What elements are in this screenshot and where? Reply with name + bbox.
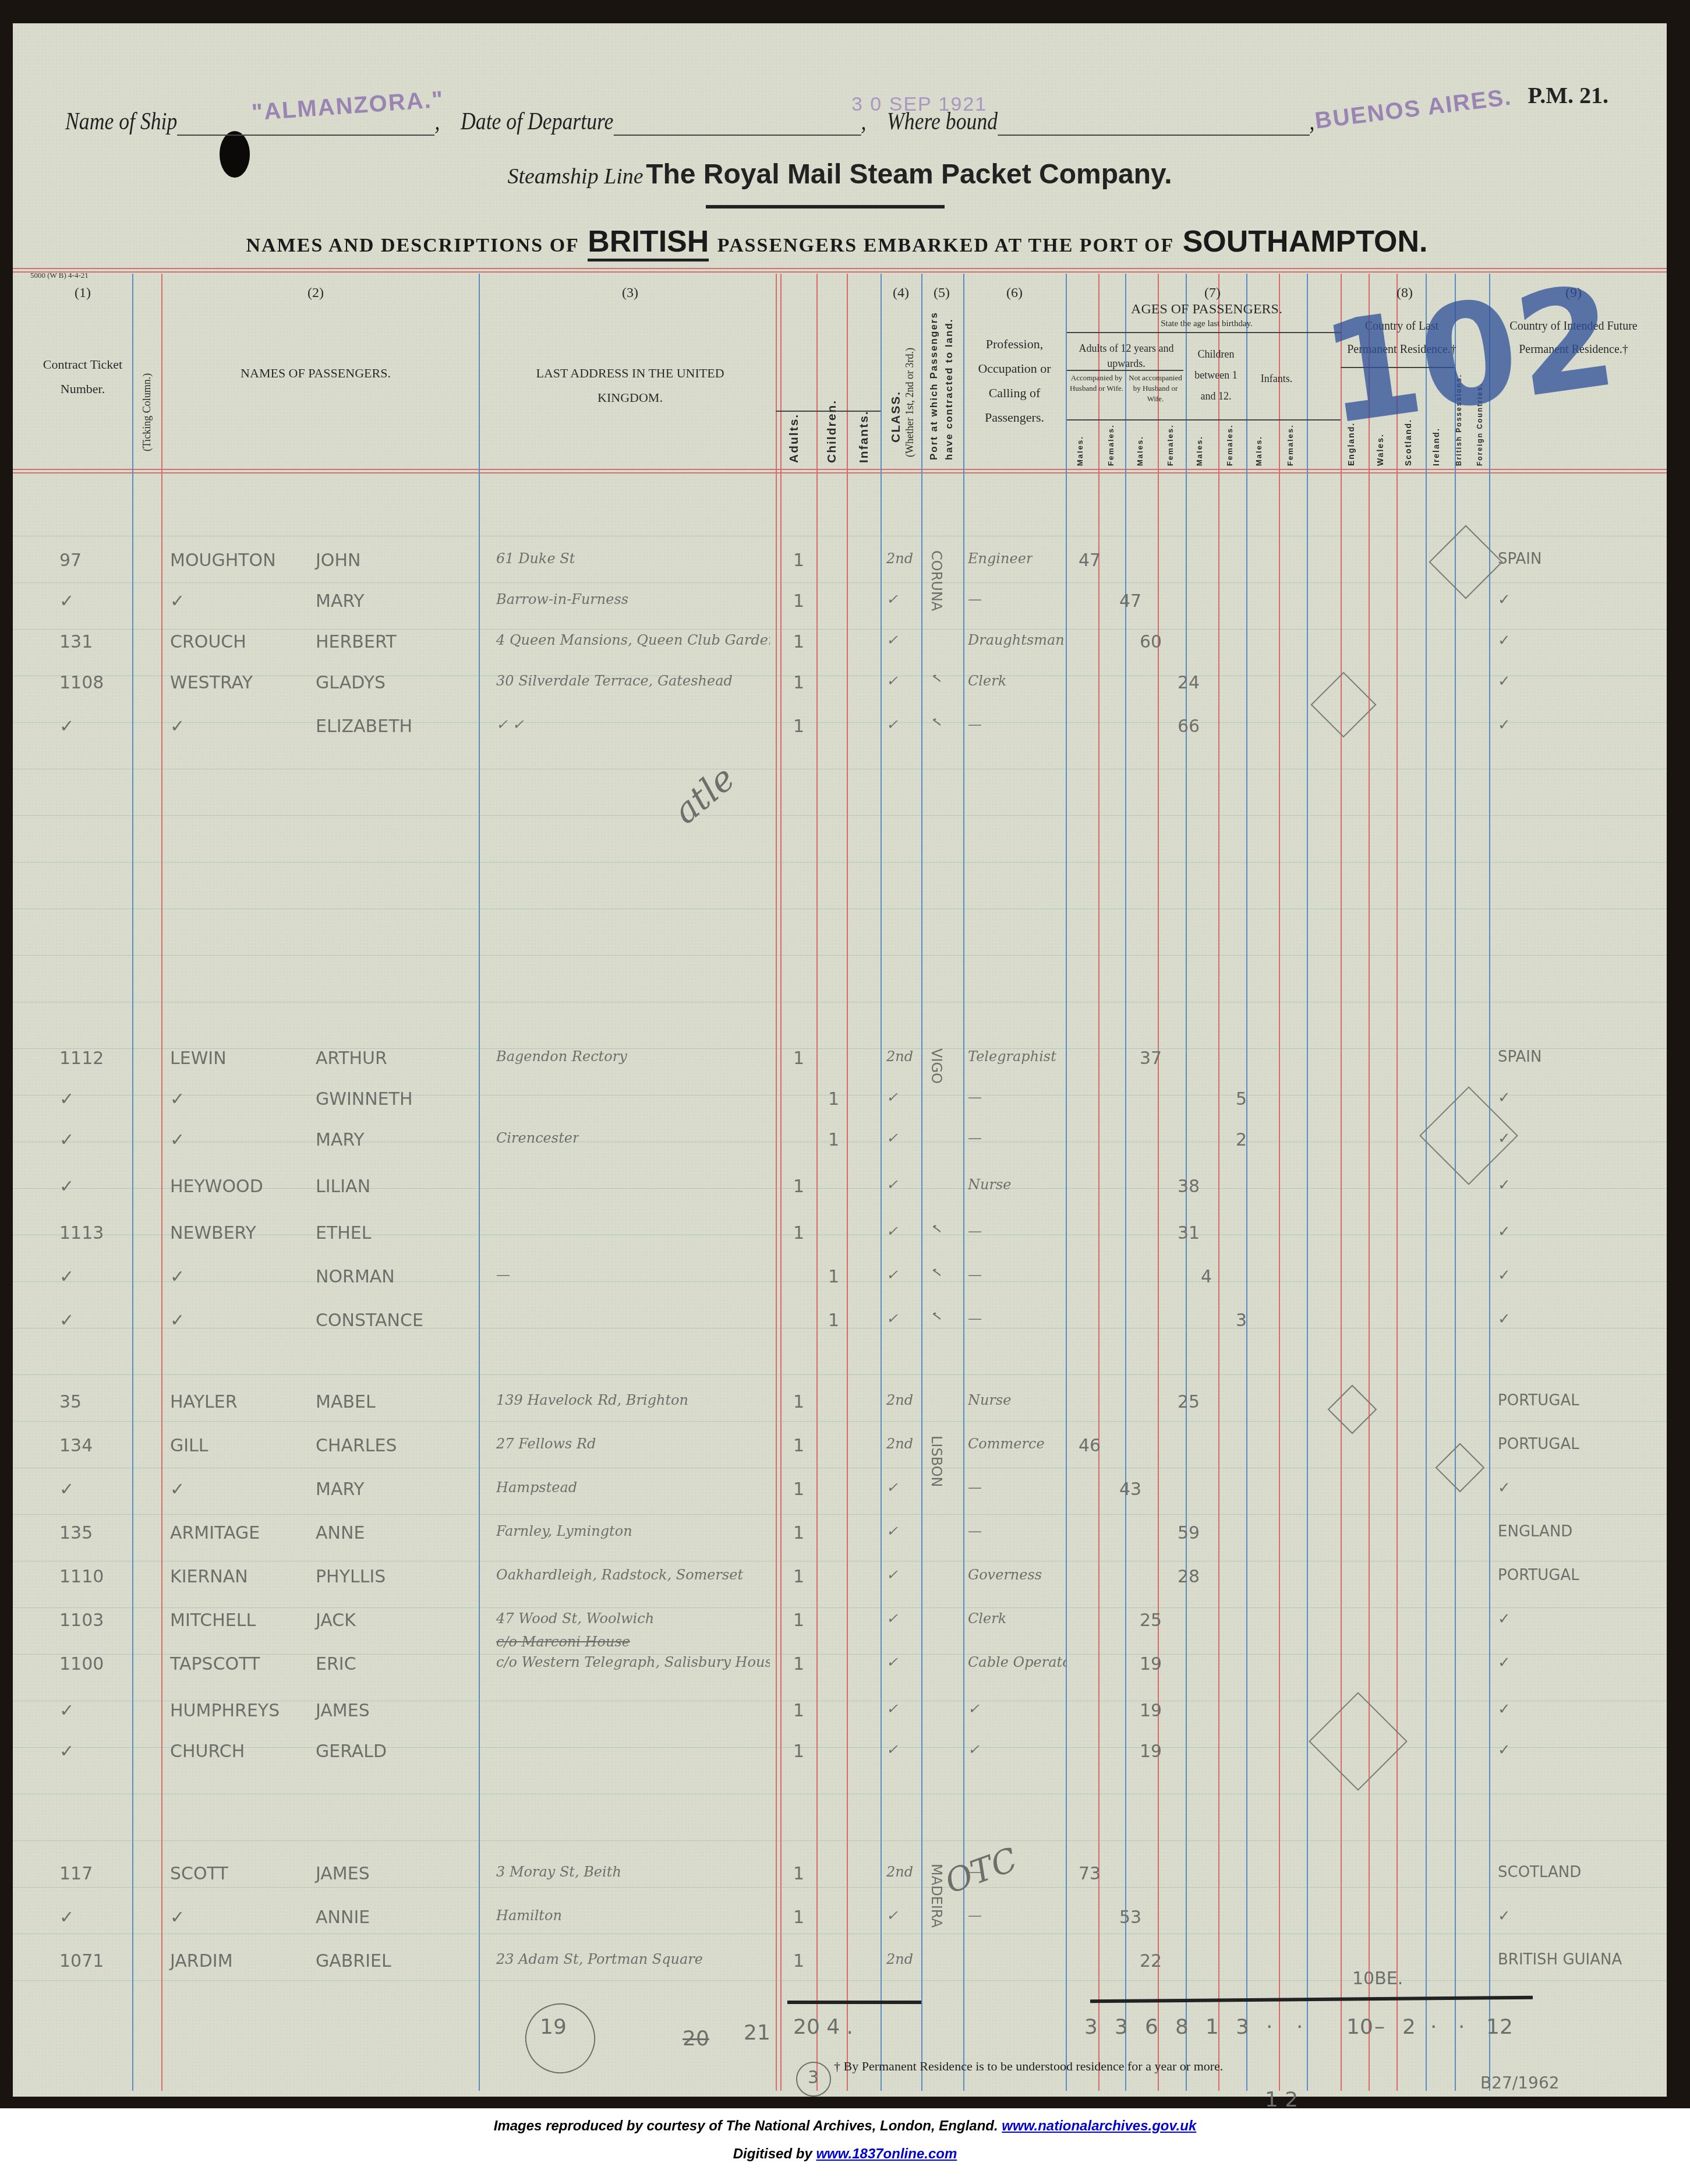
passenger-age: 22 [1140, 1951, 1162, 1971]
tally-number: 19 [540, 2015, 567, 2039]
ticket-number: 1110 [59, 1567, 104, 1587]
future-residence-country: ✓ [1498, 673, 1511, 690]
future-residence-country: PORTUGAL [1498, 1436, 1579, 1453]
future-residence-country: BRITISH GUIANA [1498, 1951, 1622, 1969]
passenger-class: ✓ [886, 1310, 898, 1327]
future-residence-country: ✓ [1498, 1176, 1511, 1194]
tally-number: 20 [683, 2027, 709, 2051]
title-middle: PASSENGERS EMBARKED AT THE PORT OF [717, 235, 1174, 256]
residence-total: · [1430, 2015, 1437, 2039]
not-accompanied-header: Not accompanied by Husband or Wife. [1126, 373, 1185, 404]
ages-subheader: State the age last birthday. [1073, 319, 1341, 329]
occupation: — [968, 1907, 982, 1924]
passenger-surname: ARMITAGE [170, 1523, 260, 1543]
passenger-age: 46 [1079, 1436, 1101, 1456]
passenger-class: 2nd [886, 1864, 913, 1880]
col-divider [132, 274, 133, 2091]
residence-total: 2 [1402, 2015, 1416, 2039]
passenger-class: ✓ [886, 1567, 898, 1583]
passenger-surname: ✓ [170, 716, 185, 737]
departure-date-stamp: 3 0 SEP 1921 [851, 93, 987, 116]
occupation: Engineer [968, 550, 1033, 567]
landing-port: VIGO [928, 1048, 945, 1084]
col-divider [1489, 274, 1490, 2091]
permanent-residence-footnote: † By Permanent Residence is to be unders… [834, 2059, 1223, 2074]
occupation: — [968, 1223, 982, 1239]
child-count: 1 [828, 1130, 839, 1150]
passenger-age: 47 [1119, 591, 1141, 612]
last-address: 27 Fellows Rd [496, 1436, 596, 1452]
passenger-age: 28 [1178, 1567, 1200, 1587]
pencil-note: OTC [941, 1840, 1023, 1901]
child-count: 1 [828, 1089, 839, 1109]
residence-total: · [1458, 2015, 1465, 2039]
col-divider [921, 274, 922, 2091]
reference-number: B27/1962 [1480, 2073, 1560, 2093]
adult-count: 1 [793, 1701, 804, 1721]
steamship-label: Steamship Line [507, 164, 643, 189]
landing-port: ✓ [928, 1223, 945, 1235]
col1-number: (1) [59, 285, 106, 301]
passenger-surname: LEWIN [170, 1048, 227, 1069]
adult-count: 1 [793, 1479, 804, 1500]
passenger-age: 25 [1140, 1610, 1162, 1631]
future-residence-country: ✓ [1498, 1741, 1511, 1759]
ticket-number: ✓ [59, 1479, 74, 1500]
passenger-given-name: GERALD [316, 1741, 387, 1762]
counts-total: 20 4 . [793, 2015, 853, 2039]
future-residence-country: SPAIN [1498, 550, 1541, 568]
passenger-age: 25 [1178, 1392, 1200, 1412]
occupation: ✓ [968, 1741, 980, 1758]
adult-count: 1 [793, 1567, 804, 1587]
last-address: 139 Havelock Rd, Brighton [496, 1392, 688, 1408]
passenger-class: ✓ [886, 1654, 898, 1670]
passenger-given-name: JACK [316, 1610, 356, 1631]
col-divider [963, 274, 964, 2091]
ticket-number: 1071 [59, 1951, 104, 1971]
residence-total: 10 [1346, 2015, 1373, 2039]
age-total: 3 [1115, 2015, 1128, 2039]
credits-line-2: Digitised by www.1837online.com [0, 2146, 1690, 2162]
passenger-age: 31 [1178, 1223, 1200, 1243]
occupation: Telegraphist [968, 1048, 1056, 1065]
national-archives-link[interactable]: www.nationalarchives.gov.uk [1002, 2118, 1196, 2134]
col6-number: (6) [991, 285, 1038, 301]
passenger-given-name: GABRIEL [316, 1951, 391, 1971]
last-address: Cirencester [496, 1130, 579, 1146]
page-title: NAMES AND DESCRIPTIONS OF BRITISH PASSEN… [13, 224, 1667, 259]
future-residence-country: ✓ [1498, 1089, 1511, 1107]
occupation: Cable Operator [968, 1654, 1067, 1670]
ticking-column-label: (Ticking Column.) [141, 373, 153, 451]
future-residence-country: SPAIN [1498, 1048, 1541, 1066]
adults-header: Adults. [787, 414, 801, 463]
col-divider [881, 274, 882, 2091]
passenger-age: 19 [1140, 1654, 1162, 1674]
accompanied-header: Accompanied by Husband or Wife. [1068, 373, 1125, 394]
passenger-class: ✓ [886, 1610, 898, 1627]
passenger-surname: ✓ [170, 1310, 185, 1331]
occupation: — [968, 1130, 982, 1146]
adults-subrule [1067, 370, 1183, 371]
passenger-given-name: GLADYS [316, 673, 386, 693]
col-divider [1369, 274, 1370, 2091]
age-total: 6 [1145, 2015, 1158, 2039]
passenger-surname: GILL [170, 1436, 208, 1456]
age-total: 3 [1084, 2015, 1098, 2039]
occupation: ✓ [968, 1701, 980, 1717]
credits-text: Images reproduced by courtesy of The Nat… [494, 2118, 998, 2134]
1837online-link[interactable]: www.1837online.com [816, 2146, 957, 2162]
occupation: Nurse [968, 1392, 1011, 1408]
passenger-given-name: ANNE [316, 1523, 365, 1543]
passenger-given-name: JOHN [316, 550, 360, 571]
passenger-surname: ✓ [170, 1907, 185, 1928]
passenger-age: 3 [1236, 1310, 1247, 1331]
landing-port: CORUNA [928, 550, 945, 611]
passenger-surname: WESTRAY [170, 673, 253, 693]
ages-total-rule [1090, 1996, 1533, 2003]
age-total: 1 [1205, 2015, 1219, 2039]
col-divider [1341, 274, 1342, 2091]
steamship-line: Steamship Line The Royal Mail Steam Pack… [13, 158, 1667, 190]
ticket-number: ✓ [59, 1267, 74, 1287]
col-divider [1158, 274, 1159, 2091]
ticket-number: 135 [59, 1523, 93, 1543]
class-subheader: (Whether 1st, 2nd or 3rd.) [904, 348, 916, 457]
residence-total: – [1374, 2015, 1385, 2039]
ticket-number: ✓ [59, 1701, 74, 1721]
tally-diamond-mark [1436, 1443, 1485, 1493]
passenger-surname: ✓ [170, 591, 185, 612]
passenger-age: 5 [1236, 1089, 1247, 1109]
passenger-given-name: CONSTANCE [316, 1310, 423, 1331]
port-subheader: have contracted to land. [943, 318, 955, 460]
passenger-class: ✓ [886, 1479, 898, 1496]
occupation: Clerk [968, 673, 1006, 689]
last-address: c/o Western Telegraph, Salisbury House, … [496, 1654, 770, 1670]
passenger-given-name: ERIC [316, 1654, 356, 1674]
passenger-age: 59 [1178, 1523, 1200, 1543]
occupation: — [968, 1089, 982, 1105]
adults-12-group: Adults of 12 years and upwards. [1068, 341, 1185, 371]
landing-port: ✓ [928, 1267, 945, 1278]
last-address: 47 Wood St, Woolwich [496, 1610, 654, 1627]
future-residence-country: PORTUGAL [1498, 1392, 1579, 1409]
passenger-surname: KIERNAN [170, 1567, 248, 1587]
passenger-surname: ✓ [170, 1089, 185, 1109]
adult-count: 1 [793, 673, 804, 693]
children-age-header: Children between 1 and 12. [1187, 344, 1245, 407]
occupation: — [968, 1310, 982, 1327]
last-address: Oakhardleigh, Radstock, Somerset [496, 1567, 743, 1583]
passenger-given-name: JAMES [316, 1864, 370, 1884]
sex-header: Females. [1286, 424, 1295, 466]
col-divider [816, 274, 818, 2091]
ages-subrule [1067, 332, 1341, 333]
occupation: — [968, 1479, 982, 1496]
ages-header: AGES OF PASSENGERS. [1073, 302, 1341, 317]
passenger-class: ✓ [886, 1741, 898, 1758]
future-residence-country: ✓ [1498, 1907, 1511, 1925]
passenger-given-name: MARY [316, 1130, 365, 1150]
ticket-number: ✓ [59, 591, 74, 612]
adult-count: 1 [793, 1436, 804, 1456]
adult-count: 1 [793, 1741, 804, 1762]
passenger-given-name: JAMES [316, 1701, 370, 1721]
ticket-number: ✓ [59, 1310, 74, 1331]
passenger-age: 2 [1236, 1130, 1247, 1150]
tally-diamond-mark [1429, 525, 1502, 599]
passenger-surname: ✓ [170, 1130, 185, 1150]
ticket-number: ✓ [59, 1089, 74, 1109]
print-code: 5000 (W B) 4-4-21 [30, 271, 89, 280]
adult-count: 1 [793, 550, 804, 571]
title-nationality: BRITISH [588, 225, 709, 261]
last-address: 3 Moray St, Beith [496, 1864, 621, 1880]
passenger-given-name: PHYLLIS [316, 1567, 386, 1587]
passenger-age: 19 [1140, 1701, 1162, 1721]
passenger-class: ✓ [886, 1267, 898, 1283]
passenger-age: 73 [1079, 1864, 1101, 1884]
passenger-age: 4 [1201, 1267, 1212, 1287]
infants-header: Infants. [857, 410, 871, 463]
future-residence-country: PORTUGAL [1498, 1567, 1579, 1584]
adult-count: 1 [793, 1048, 804, 1069]
credits-line-1: Images reproduced by courtesy of The Nat… [0, 2118, 1690, 2134]
sex-header: Males. [1136, 436, 1144, 466]
occupation: — [968, 1267, 982, 1283]
ticket-number: 35 [59, 1392, 82, 1412]
passenger-class: 2nd [886, 1048, 913, 1065]
passenger-class: ✓ [886, 1907, 898, 1924]
passenger-age: 38 [1178, 1176, 1200, 1197]
last-address: Hampstead [496, 1479, 577, 1496]
child-count: 1 [828, 1310, 839, 1331]
child-count: 1 [828, 1267, 839, 1287]
passenger-surname: HAYLER [170, 1392, 238, 1412]
passenger-surname: HEYWOOD [170, 1176, 263, 1197]
passenger-surname: SCOTT [170, 1864, 228, 1884]
sex-header: Males. [1195, 436, 1204, 466]
adult-count: 1 [793, 1223, 804, 1243]
occupation: — [968, 1523, 982, 1539]
residence-check-note: 10BE. [1352, 1969, 1403, 1989]
ticket-number: ✓ [59, 1907, 74, 1928]
future-residence-country: ✓ [1498, 1479, 1511, 1497]
passenger-given-name: LILIAN [316, 1176, 370, 1197]
passenger-age: 19 [1140, 1741, 1162, 1762]
passenger-given-name: ETHEL [316, 1223, 372, 1243]
col-divider [780, 274, 782, 2091]
destination-stamp: BUENOS AIRES. [1314, 84, 1514, 134]
sex-header: Females. [1225, 424, 1234, 466]
title-port: SOUTHAMPTON. [1183, 225, 1428, 259]
col-divider [1426, 274, 1427, 2091]
passenger-surname: HUMPHREYS [170, 1701, 280, 1721]
sex-header: Males. [1076, 436, 1084, 466]
adult-count: 1 [793, 1951, 804, 1971]
future-residence-country: ✓ [1498, 1267, 1511, 1284]
passenger-age: 24 [1178, 673, 1200, 693]
passenger-surname: CHURCH [170, 1741, 245, 1762]
ticket-number: ✓ [59, 1176, 74, 1197]
col2-label: NAMES OF PASSENGERS. [234, 361, 397, 386]
divider-rule [706, 205, 945, 208]
passenger-class: ✓ [886, 1176, 898, 1193]
col-divider [479, 274, 480, 2091]
col-divider [1396, 274, 1398, 2091]
ticket-number: 1112 [59, 1048, 104, 1069]
occupation: — [968, 591, 982, 607]
passenger-class: 2nd [886, 1392, 913, 1408]
col-divider [161, 274, 162, 2091]
last-address: Barrow-in-Furness [496, 591, 628, 607]
counts-total-rule [787, 2001, 921, 2004]
future-residence-country: ✓ [1498, 716, 1511, 734]
age-total: 8 [1175, 2015, 1189, 2039]
passenger-surname: MITCHELL [170, 1610, 256, 1631]
passenger-class: 2nd [886, 1436, 913, 1452]
age-total: 3 [1236, 2015, 1249, 2039]
ticket-number: ✓ [59, 716, 74, 737]
last-address: — [496, 1267, 510, 1283]
occupation: Draughtsman [968, 632, 1065, 648]
future-residence-country: ✓ [1498, 632, 1511, 649]
passenger-class: ✓ [886, 1130, 898, 1146]
passenger-class: ✓ [886, 1523, 898, 1539]
col4-number: (4) [886, 285, 915, 301]
col-divider [1246, 274, 1247, 2091]
passenger-given-name: MARY [316, 591, 365, 612]
ticket-number: 1103 [59, 1610, 104, 1631]
ticket-number: 1108 [59, 673, 104, 693]
landing-port: ✓ [928, 716, 945, 728]
landing-port: ✓ [928, 1310, 945, 1322]
future-residence-country: ENGLAND [1498, 1523, 1572, 1540]
future-residence-country: ✓ [1498, 1310, 1511, 1328]
passenger-given-name: ELIZABETH [316, 716, 412, 737]
passenger-class: 2nd [886, 1951, 913, 1967]
departure-label: Date of Departure [461, 108, 613, 135]
passenger-surname: CROUCH [170, 632, 246, 652]
passenger-given-name: ARTHUR [316, 1048, 387, 1069]
passenger-given-name: MABEL [316, 1392, 376, 1412]
ship-label: Name of Ship [65, 108, 177, 135]
tally-diamond-mark [1328, 1385, 1377, 1434]
form-code: P.M. 21. [1528, 82, 1608, 109]
future-residence-country: ✓ [1498, 1654, 1511, 1671]
col5-number: (5) [927, 285, 956, 301]
blue-pencil-number: 102 [1313, 255, 1625, 457]
header-top-rule [13, 268, 1667, 273]
future-residence-country: SCOTLAND [1498, 1864, 1581, 1881]
col-divider [1098, 274, 1099, 2091]
passenger-given-name: HERBERT [316, 632, 397, 652]
col-divider [776, 274, 777, 2091]
children-header: Children. [825, 400, 839, 463]
manifest-page: P.M. 21. Name of Ship, Date of Departure… [13, 23, 1667, 2097]
title-prefix: NAMES AND DESCRIPTIONS OF [246, 235, 579, 256]
last-address: Farnley, Lymington [496, 1523, 632, 1539]
future-residence-country: ✓ [1498, 1223, 1511, 1241]
sex-header: Females. [1106, 424, 1115, 466]
occupation: Commerce [968, 1436, 1045, 1452]
future-residence-country: ✓ [1498, 1701, 1511, 1718]
credits-text: Digitised by [733, 2146, 812, 2162]
last-address: Hamilton [496, 1907, 562, 1924]
future-residence-country: ✓ [1498, 1610, 1511, 1628]
future-residence-country: ✓ [1498, 591, 1511, 609]
sex-subrule [1067, 419, 1341, 420]
col7-number: (7) [1189, 285, 1236, 301]
passenger-age: 37 [1140, 1048, 1162, 1069]
occupation: — [968, 716, 982, 733]
occupation: Clerk [968, 1610, 1006, 1627]
class-header: CLASS. [889, 391, 903, 443]
adult-count: 1 [793, 1610, 804, 1631]
passenger-surname: ✓ [170, 1479, 185, 1500]
col1-label: Contract Ticket Number. [36, 352, 129, 401]
passenger-surname: ✓ [170, 1267, 185, 1287]
struck-address: c/o Marconi House [496, 1634, 630, 1650]
tally-number: 21 [744, 2021, 770, 2045]
port-header: Port at which Passengers [928, 312, 940, 460]
passenger-class: ✓ [886, 591, 898, 607]
col-divider [847, 274, 848, 2091]
circled-number: 3 [796, 2062, 831, 2097]
header-bottom-rule [13, 469, 1667, 473]
ticket-number: 1100 [59, 1654, 104, 1674]
passenger-class: ✓ [886, 716, 898, 733]
last-address: 61 Duke St [496, 550, 575, 567]
last-address: 23 Adam St, Portman Square [496, 1951, 703, 1967]
adult-count: 1 [793, 591, 804, 612]
passenger-given-name: CHARLES [316, 1436, 397, 1456]
ticket-number: 97 [59, 550, 82, 571]
passenger-given-name: NORMAN [316, 1267, 395, 1287]
tally-diamond-mark [1310, 672, 1376, 737]
age-total: · [1266, 2015, 1272, 2039]
passenger-surname: NEWBERY [170, 1223, 256, 1243]
col-divider [1218, 274, 1219, 2091]
passenger-given-name: GWINNETH [316, 1089, 412, 1109]
ticket-number: 117 [59, 1864, 93, 1884]
passenger-class: ✓ [886, 1701, 898, 1717]
last-address: 30 Silverdale Terrace, Gateshead [496, 673, 733, 689]
passenger-age: 60 [1140, 632, 1162, 652]
passenger-class: 2nd [886, 550, 913, 567]
passenger-class: ✓ [886, 1223, 898, 1239]
last-address: 4 Queen Mansions, Queen Club Gardens W. [496, 632, 770, 648]
passenger-surname: MOUGHTON [170, 550, 276, 571]
col-divider [1307, 274, 1308, 2091]
passenger-age: 66 [1178, 716, 1200, 737]
sex-header: Males. [1254, 436, 1263, 466]
col-divider [1066, 274, 1067, 2091]
last-address: ✓ ✓ [496, 716, 524, 733]
passenger-class: ✓ [886, 632, 898, 648]
ticket-number: 1113 [59, 1223, 104, 1243]
passenger-age: 53 [1119, 1907, 1141, 1928]
adult-count: 1 [793, 1907, 804, 1928]
passenger-age: 43 [1119, 1479, 1141, 1500]
col-divider [1279, 274, 1280, 2091]
col6-label: Profession, Occupation or Calling of Pas… [968, 332, 1061, 430]
passenger-given-name: ANNIE [316, 1907, 370, 1928]
passenger-given-name: MARY [316, 1479, 365, 1500]
